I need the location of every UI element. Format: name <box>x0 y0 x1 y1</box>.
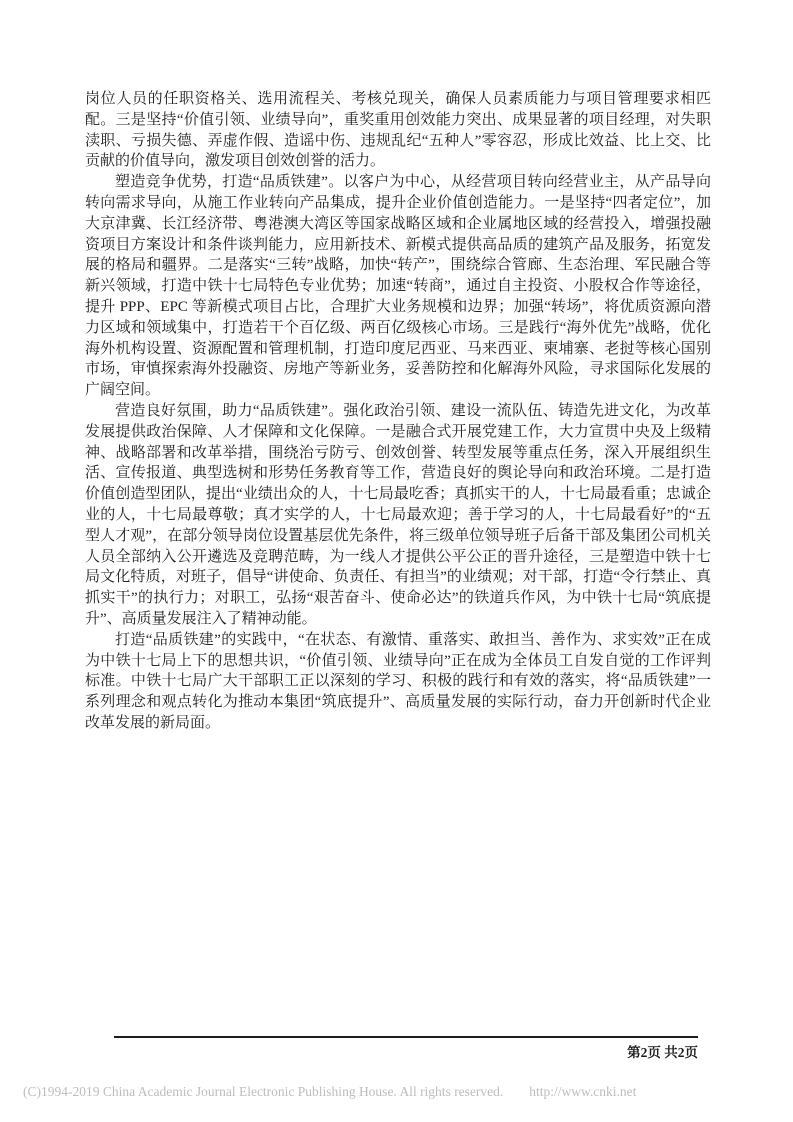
article-body: 岗位人员的任职资格关、选用流程关、考核兑现关，确保人员素质能力与项目管理要求相匹… <box>85 89 711 734</box>
copyright-notice: (C)1994-2019 China Academic Journal Elec… <box>23 1084 503 1099</box>
copyright-watermark: (C)1994-2019 China Academic Journal Elec… <box>23 1084 636 1100</box>
body-paragraph: 营造良好氛围，助力“品质铁建”。强化政治引领、建设一流队伍、铸造先进文化，为改革… <box>85 401 711 630</box>
page-number: 第2页 共2页 <box>498 1041 698 1061</box>
body-paragraph: 岗位人员的任职资格关、选用流程关、考核兑现关，确保人员素质能力与项目管理要求相匹… <box>85 89 711 172</box>
document-page: 岗位人员的任职资格关、选用流程关、考核兑现关，确保人员素质能力与项目管理要求相匹… <box>0 0 793 1122</box>
body-paragraph: 塑造竞争优势，打造“品质铁建”。以客户为中心，从经营项目转向经营业主，从产品导向… <box>85 172 711 401</box>
body-paragraph: 打造“品质铁建”的实践中，“在状态、有激情、重落实、敢担当、善作为、求实效”正在… <box>85 630 711 734</box>
footer-divider <box>114 1036 698 1038</box>
copyright-url: http://www.cnki.net <box>529 1084 636 1099</box>
